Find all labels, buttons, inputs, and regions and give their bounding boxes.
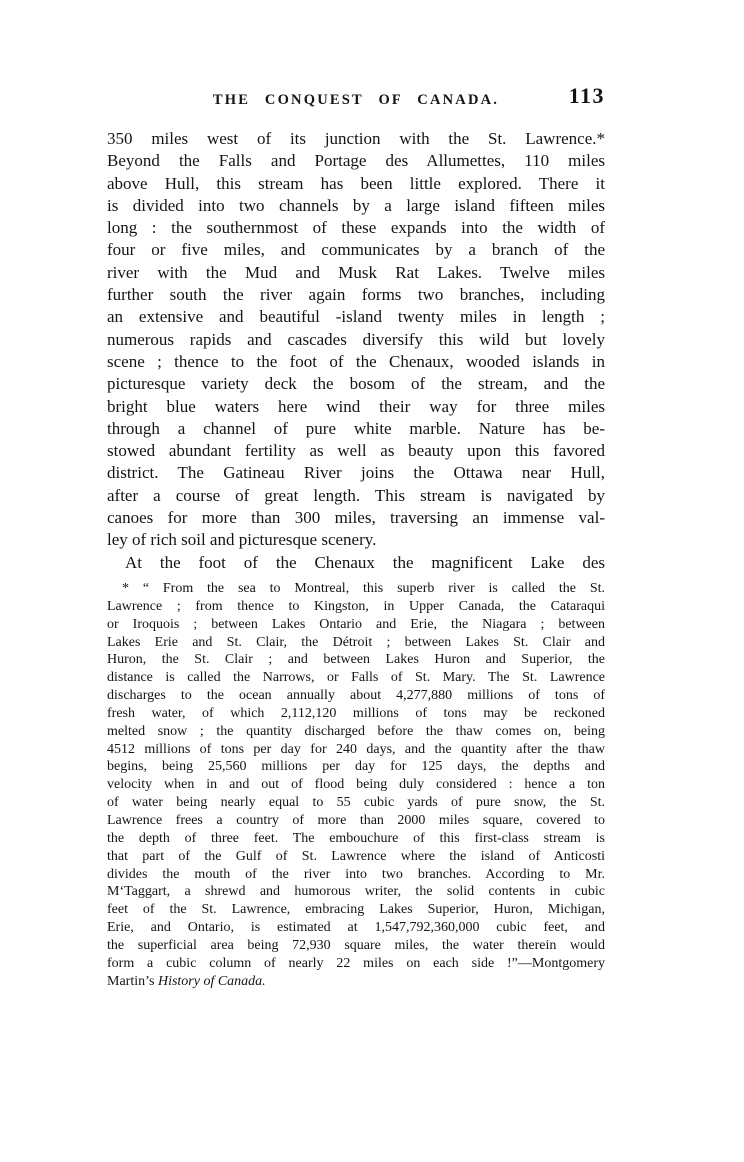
- text-line: Lawrence frees a country of more than 20…: [107, 812, 605, 830]
- text-line: ley of rich soil and picturesque scenery…: [107, 529, 605, 551]
- text-line: district. The Gatineau River joins the O…: [107, 462, 605, 484]
- text-line: feet of the St. Lawrence, embracing Lake…: [107, 901, 605, 919]
- book-title-italic: History of Canada.: [158, 974, 266, 989]
- text-line: Erie, and Ontario, is estimated at 1,547…: [107, 919, 605, 937]
- text-line: canoes for more than 300 miles, traversi…: [107, 507, 605, 529]
- text-line: long : the southernmost of these expands…: [107, 217, 605, 239]
- text-line: river with the Mud and Musk Rat Lakes. T…: [107, 262, 605, 284]
- text-line: discharges to the ocean annually about 4…: [107, 687, 605, 705]
- text-line: At the foot of the Chenaux the magnifice…: [107, 552, 605, 574]
- text-line: distance is called the Narrows, or Falls…: [107, 669, 605, 687]
- text-line: begins, being 25,560 millions per day fo…: [107, 758, 605, 776]
- text-line: through a channel of pure white marble. …: [107, 418, 605, 440]
- text-line: stowed abundant fertility as well as bea…: [107, 440, 605, 462]
- text-line: Lawrence ; from thence to Kingston, in U…: [107, 598, 605, 616]
- text-line: above Hull, this stream has been little …: [107, 173, 605, 195]
- text-line: picturesque variety deck the bosom of th…: [107, 373, 605, 395]
- text-line: further south the river again forms two …: [107, 284, 605, 306]
- text-line: * “ From the sea to Montreal, this super…: [107, 580, 605, 598]
- text-segment: Martin’s: [107, 974, 158, 989]
- text-line: 4512 millions of tons per day for 240 da…: [107, 741, 605, 759]
- text-line: after a course of great length. This str…: [107, 485, 605, 507]
- text-line: scene ; thence to the foot of the Chenau…: [107, 351, 605, 373]
- text-line: of water being nearly equal to 55 cubic …: [107, 794, 605, 812]
- text-line: fresh water, of which 2,112,120 millions…: [107, 705, 605, 723]
- book-page: THE CONQUEST OF CANADA. 113 350 miles we…: [0, 0, 744, 1162]
- text-line: divides the mouth of the river into two …: [107, 866, 605, 884]
- body-text: 350 miles west of its junction with the …: [107, 128, 605, 574]
- text-line: the superficial area being 72,930 square…: [107, 937, 605, 955]
- text-line: Martin’s History of Canada.: [107, 973, 605, 991]
- text-line: numerous rapids and cascades diversify t…: [107, 329, 605, 351]
- page-number: 113: [107, 83, 605, 109]
- text-line: 350 miles west of its junction with the …: [107, 128, 605, 150]
- text-line: bright blue waters here wind their way f…: [107, 396, 605, 418]
- text-line: Huron, the St. Clair ; and between Lakes…: [107, 651, 605, 669]
- text-line: an extensive and beautiful -island twent…: [107, 306, 605, 328]
- text-line: Beyond the Falls and Portage des Allumet…: [107, 150, 605, 172]
- footnote: * “ From the sea to Montreal, this super…: [107, 580, 605, 990]
- text-line: is divided into two channels by a large …: [107, 195, 605, 217]
- text-line: melted snow ; the quantity discharged be…: [107, 723, 605, 741]
- text-line: M‘Taggart, a shrewd and humorous writer,…: [107, 883, 605, 901]
- text-line: the depth of three feet. The embouchure …: [107, 830, 605, 848]
- text-line: form a cubic column of nearly 22 miles o…: [107, 955, 605, 973]
- text-line: four or five miles, and communicates by …: [107, 239, 605, 261]
- text-line: velocity when in and out of flood being …: [107, 776, 605, 794]
- text-line: that part of the Gulf of St. Lawrence wh…: [107, 848, 605, 866]
- text-line: or Iroquois ; between Lakes Ontario and …: [107, 616, 605, 634]
- text-line: Lakes Erie and St. Clair, the Détroit ; …: [107, 634, 605, 652]
